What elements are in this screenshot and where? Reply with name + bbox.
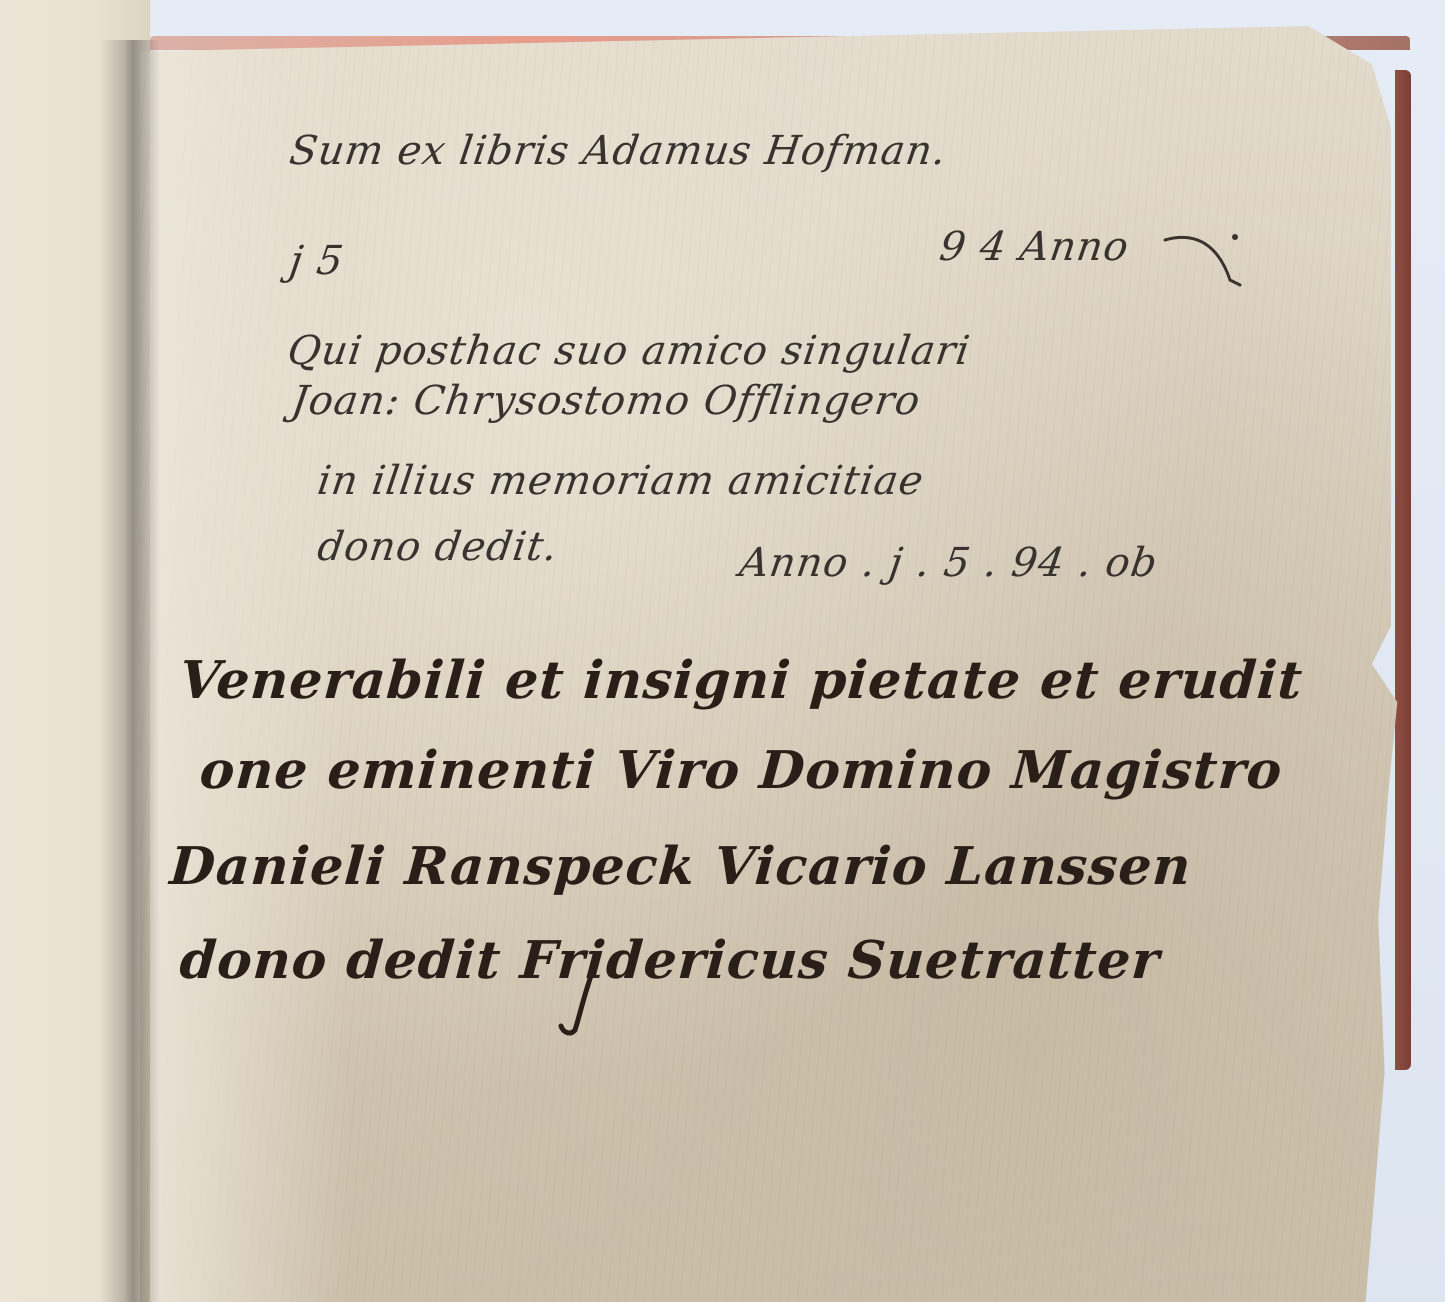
- red-binding-right-edge: [1395, 70, 1411, 1070]
- dedication-line-1: Venerabili et insigni pietate et erudit: [178, 650, 1305, 711]
- ownership-line: Sum ex libris Adamus Hofman.: [287, 128, 950, 174]
- gift-line-3: in illius memoriam amicitiae: [315, 458, 927, 504]
- gift-line-1: Qui posthac suo amico singulari: [285, 328, 973, 374]
- gift-line-2: Joan: Chrysostomo Offlingero: [289, 378, 924, 424]
- dedication-line-3: Danieli Ranspeck Vicario Lanssen: [168, 836, 1194, 897]
- book-gutter-shadow: [100, 40, 160, 1302]
- year-digits-left: j 5: [287, 238, 347, 284]
- year-digits-right: 9 4 Anno: [937, 224, 1132, 270]
- dedication-line-4: dono dedit Fridericus Suetratter: [178, 930, 1162, 991]
- gift-line-4: dono dedit.: [315, 524, 561, 570]
- dedication-line-2: one eminenti Viro Domino Magistro: [198, 740, 1285, 801]
- gift-date: Anno . j . 5 . 94 . ob: [737, 540, 1161, 586]
